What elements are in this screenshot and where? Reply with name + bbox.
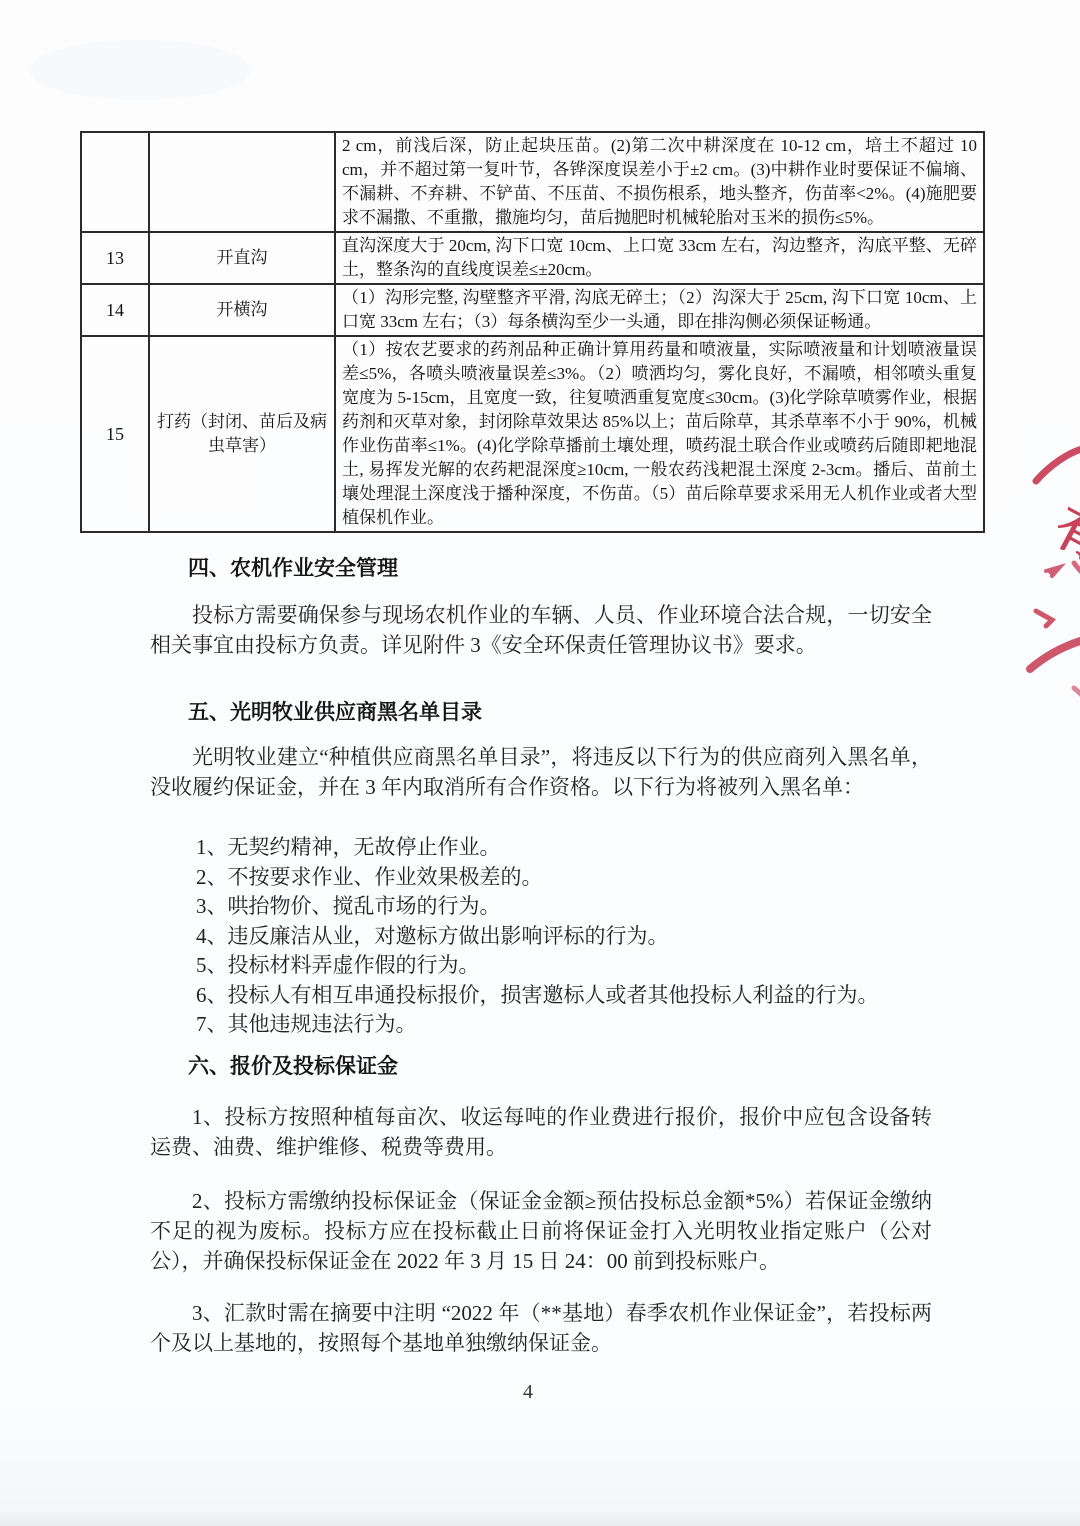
blacklist-item: 4、违反廉洁从业，对邀标方做出影响评标的行为。 (196, 922, 956, 952)
section-6-paragraph-2: 2、投标方需缴纳投标保证金（保证金金额≥预估投标总金额*5%）若保证金缴纳不足的… (150, 1186, 932, 1276)
blacklist-item: 7、其他违规违法行为。 (196, 1010, 956, 1040)
blacklist-item: 5、投标材料弄虚作假的行为。 (196, 951, 956, 981)
blacklist-item: 1、无契约精神，无故停止作业。 (196, 833, 956, 863)
operation-standards-table: 2 cm，前浅后深，防止起块压苗。(2)第二次中耕深度在 10-12 cm，培土… (80, 131, 985, 533)
blacklist-item: 6、投标人有相互串通投标报价，损害邀标人或者其他投标人利益的行为。 (196, 981, 956, 1011)
document-page: 2 cm，前浅后深，防止起块压苗。(2)第二次中耕深度在 10-12 cm，培土… (0, 0, 1080, 1526)
content-cell: 2 cm，前浅后深，防止起块压苗。(2)第二次中耕深度在 10-12 cm，培土… (335, 132, 984, 232)
red-stamp-fragment: 有 (1022, 443, 1080, 705)
row-number-cell: 15 (81, 336, 149, 532)
row-number-cell (81, 132, 149, 232)
blacklist-item: 2、不按要求作业、作业效果极差的。 (196, 863, 956, 893)
content-cell: （1）按农艺要求的药剂品种正确计算用药量和喷液量，实际喷液量和计划喷液量误差≤5… (335, 336, 984, 532)
section-5-heading: 五、光明牧业供应商黑名单目录 (188, 696, 482, 726)
content-cell: 直沟深度大于 20cm, 沟下口宽 10cm、上口宽 33cm 左右，沟边整齐，… (335, 232, 984, 284)
item-name-cell: 开直沟 (149, 232, 335, 284)
stamp-character: 有 (1044, 497, 1080, 573)
table-row: 13 开直沟 直沟深度大于 20cm, 沟下口宽 10cm、上口宽 33cm 左… (81, 232, 984, 284)
section-5-intro: 光明牧业建立“种植供应商黑名单目录”，将违反以下行为的供应商列入黑名单，没收履约… (150, 742, 932, 802)
content-cell: （1）沟形完整, 沟壁整齐平滑, 沟底无碎土；（2）沟深大于 25cm, 沟下口… (335, 284, 984, 336)
section-4-paragraph: 投标方需要确保参与现场农机作业的车辆、人员、作业环境合法合规，一切安全相关事宜由… (150, 600, 932, 660)
blacklist: 1、无契约精神，无故停止作业。 2、不按要求作业、作业效果极差的。 3、哄抬物价… (196, 833, 956, 1040)
page-number: 4 (0, 1381, 1056, 1404)
row-number-cell: 13 (81, 232, 149, 284)
blacklist-item: 3、哄抬物价、搅乱市场的行为。 (196, 892, 956, 922)
item-name-cell (149, 132, 335, 232)
scan-smudge (30, 40, 250, 100)
item-name-cell: 开横沟 (149, 284, 335, 336)
table-row: 15 打药（封闭、苗后及病虫草害） （1）按农艺要求的药剂品种正确计算用药量和喷… (81, 336, 984, 532)
item-name-cell: 打药（封闭、苗后及病虫草害） (149, 336, 335, 532)
section-6-paragraph-1: 1、投标方按照种植每亩次、收运每吨的作业费进行报价，报价中应包含设备转运费、油费… (150, 1102, 932, 1162)
section-6-heading: 六、报价及投标保证金 (188, 1050, 398, 1080)
table-row: 14 开横沟 （1）沟形完整, 沟壁整齐平滑, 沟底无碎土；（2）沟深大于 25… (81, 284, 984, 336)
section-4-heading: 四、农机作业安全管理 (188, 552, 398, 582)
section-6-paragraph-3: 3、汇款时需在摘要中注明 “2022 年（**基地）春季农机作业保证金”，若投标… (150, 1298, 932, 1358)
row-number-cell: 14 (81, 284, 149, 336)
table-row: 2 cm，前浅后深，防止起块压苗。(2)第二次中耕深度在 10-12 cm，培土… (81, 132, 984, 232)
